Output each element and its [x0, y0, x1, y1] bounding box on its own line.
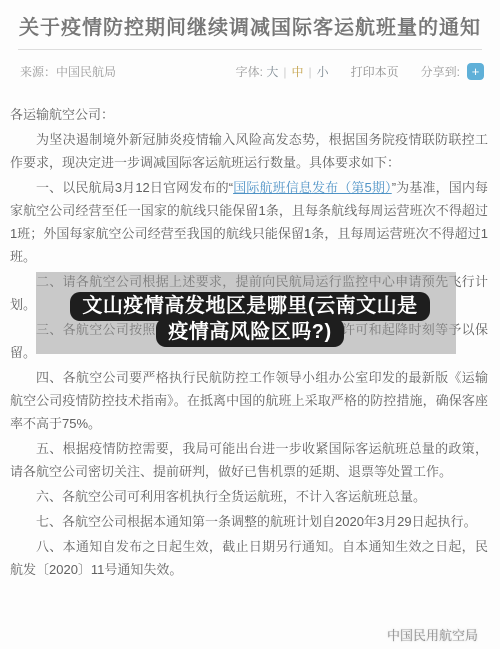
- salutation: 各运输航空公司：: [10, 103, 488, 126]
- notice-paragraph-6: 六、各航空公司可利用客机执行全货运航班，不计入客运航班总量。: [10, 485, 488, 508]
- notice-paragraph-8: 八、本通知自发布之日起生效，截止日期另行通知。自本通知生效之日起，民航发〔202…: [10, 535, 488, 581]
- font-size-small-button[interactable]: 小: [317, 63, 329, 80]
- caption-overlay: 文山疫情高发地区是哪里(云南文山是 疫情高风险区吗?): [0, 292, 500, 347]
- plus-icon: +: [472, 64, 480, 79]
- notice-page: 关于疫情防控期间继续调减国际客运航班量的通知 来源：中国民航局 字体: 大 | …: [0, 0, 500, 649]
- separator: |: [309, 65, 312, 79]
- share-label: 分享到:: [421, 63, 460, 80]
- font-size-medium-button[interactable]: 中: [291, 63, 303, 80]
- page-title: 关于疫情防控期间继续调减国际客运航班量的通知: [0, 0, 500, 40]
- meta-bar: 来源：中国民航局 字体: 大 | 中 | 小 打印本页 分享到: +: [20, 63, 484, 80]
- share-button[interactable]: +: [467, 63, 484, 80]
- notice-paragraph-5: 五、根据疫情防控需要，我局可能出台进一步收紧国际客运航班总量的政策，请各航空公司…: [10, 437, 488, 483]
- notice-paragraph-1: 一、以民航局3月12日官网发布的“国际航班信息发布（第5期）”为基准，国内每家航…: [10, 176, 488, 268]
- font-size-control: 字体: 大 | 中 | 小: [236, 63, 329, 80]
- flight-info-bulletin-link[interactable]: 国际航班信息发布（第5期）: [233, 180, 392, 195]
- print-page-button[interactable]: 打印本页: [351, 63, 399, 80]
- separator: |: [283, 65, 286, 79]
- notice-paragraph-4: 四、各航空公司要严格执行民航防控工作领导小组办公室印发的最新版《运输航空公司疫情…: [10, 366, 488, 435]
- title-divider: [18, 49, 482, 50]
- source-label: 来源：中国民航局: [20, 63, 116, 80]
- agency-signature: 中国民用航空局: [387, 625, 478, 644]
- font-size-large-button[interactable]: 大: [266, 63, 278, 80]
- notice-paragraph-7: 七、各航空公司根据本通知第一条调整的航班计划自2020年3月29日起执行。: [10, 510, 488, 533]
- caption-line-2: 疫情高风险区吗?): [156, 318, 343, 347]
- intro-paragraph: 为坚决遏制境外新冠肺炎疫情输入风险高发态势，根据国务院疫情联防联控工作要求，现决…: [10, 128, 488, 174]
- caption-line-1: 文山疫情高发地区是哪里(云南文山是: [70, 292, 429, 321]
- article-tools: 字体: 大 | 中 | 小 打印本页 分享到: +: [236, 63, 484, 80]
- paragraph-text: 一、以民航局3月12日官网发布的“: [36, 180, 233, 195]
- font-size-label: 字体:: [236, 63, 263, 80]
